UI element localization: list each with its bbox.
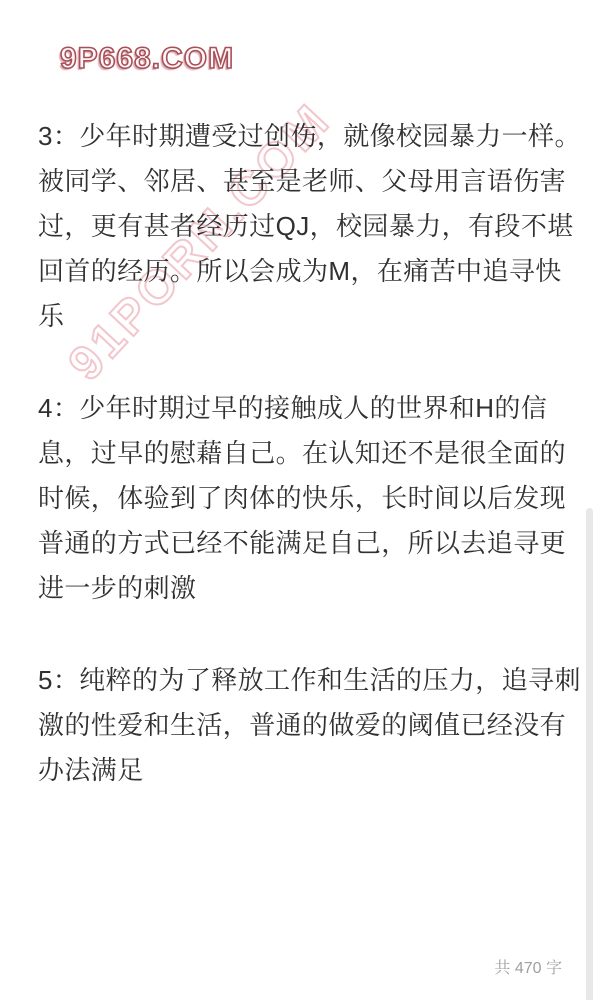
text-line: 4：少年时期过早的接触成人的世界和H的信 bbox=[38, 386, 572, 431]
text-line: 办法满足 bbox=[38, 748, 572, 793]
paragraph: 3：少年时期遭受过创伤，就像校园暴力一样。被同学、邻居、甚至是老师、父母用言语伤… bbox=[38, 114, 572, 339]
text-line: 被同学、邻居、甚至是老师、父母用言语伤害 bbox=[38, 159, 572, 204]
text-line: 进一步的刺激 bbox=[38, 566, 572, 611]
text-line: 时候，体验到了肉体的快乐，长时间以后发现 bbox=[38, 476, 572, 521]
text-line: 息，过早的慰藉自己。在认知还不是很全面的 bbox=[38, 431, 572, 476]
word-count-label: 共 470 字 bbox=[494, 955, 562, 978]
text-line: 普通的方式已经不能满足自己，所以去追寻更 bbox=[38, 521, 572, 566]
text-line: 5：纯粹的为了释放工作和生活的压力，追寻刺 bbox=[38, 658, 572, 703]
text-line: 回首的经历。所以会成为M，在痛苦中追寻快 bbox=[38, 249, 572, 294]
text-line: 过，更有甚者经历过QJ，校园暴力，有段不堪 bbox=[38, 204, 572, 249]
paragraph: 5：纯粹的为了释放工作和生活的压力，追寻刺激的性爱和生活，普通的做爱的阈值已经没… bbox=[38, 658, 572, 793]
text-line: 3：少年时期遭受过创伤，就像校园暴力一样。 bbox=[38, 114, 572, 159]
text-line: 激的性爱和生活，普通的做爱的阈值已经没有 bbox=[38, 703, 572, 748]
text-line: 乐 bbox=[38, 294, 572, 339]
scrollbar-thumb[interactable] bbox=[586, 508, 593, 1000]
paragraph: 4：少年时期过早的接触成人的世界和H的信息，过早的慰藉自己。在认知还不是很全面的… bbox=[38, 386, 572, 611]
document-page: 9P668.COM 91PORN.COM 3：少年时期遭受过创伤，就像校园暴力一… bbox=[0, 0, 602, 1000]
article-text: 3：少年时期遭受过创伤，就像校园暴力一样。被同学、邻居、甚至是老师、父母用言语伤… bbox=[0, 0, 602, 793]
